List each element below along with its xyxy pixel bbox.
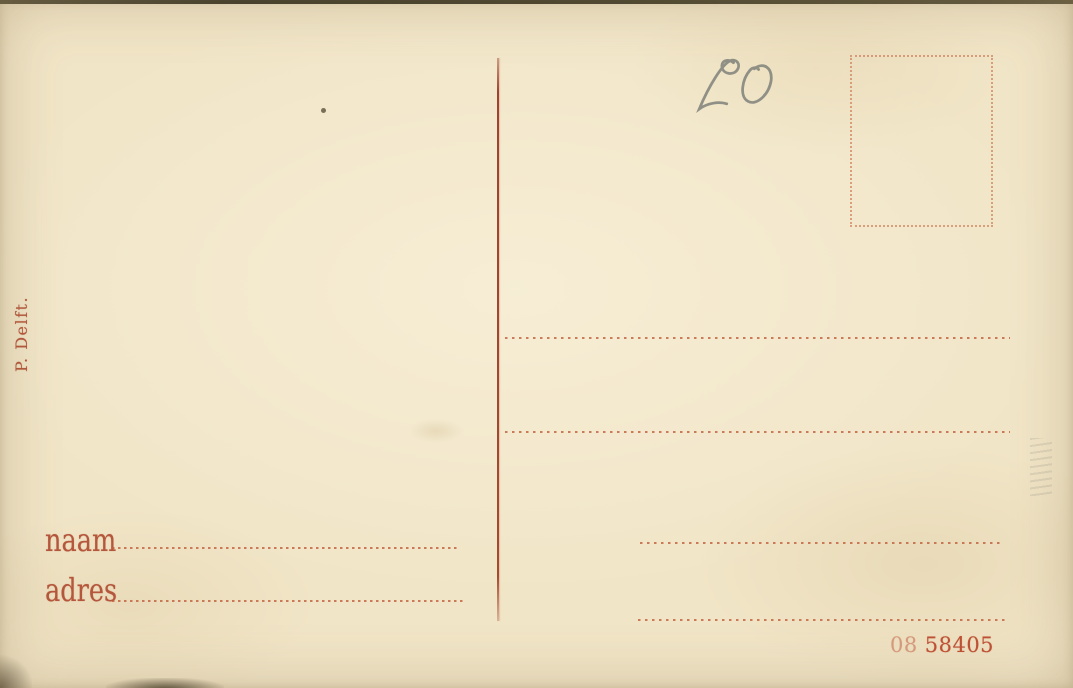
handwritten-number <box>686 49 784 119</box>
bottom-edge-wear <box>106 678 224 688</box>
publisher-imprint: P. Delft. <box>12 272 31 372</box>
serial-number: 0858405 <box>890 633 994 657</box>
right-edge-smudge <box>1030 438 1052 496</box>
name-field-label: naam <box>45 524 116 556</box>
serial-prefix: 08 <box>890 633 918 657</box>
address-line-4 <box>638 619 1006 621</box>
address-line-2 <box>505 431 1010 433</box>
serial-digits: 58405 <box>925 633 994 657</box>
stamp-box <box>850 55 993 227</box>
address-line-1 <box>505 337 1010 339</box>
paper-speck <box>321 108 326 113</box>
address-field-label: adres <box>45 574 117 606</box>
postcard-back: P. Delft. naam adres 0858405 <box>0 0 1073 688</box>
scan-top-edge <box>0 0 1073 4</box>
address-field-line <box>112 600 464 602</box>
name-field-line <box>112 547 460 549</box>
bottom-left-corner-smudge <box>0 650 32 688</box>
paper-watermark-stain <box>398 414 474 448</box>
address-line-3 <box>640 542 1002 544</box>
center-divider-line <box>497 58 499 621</box>
